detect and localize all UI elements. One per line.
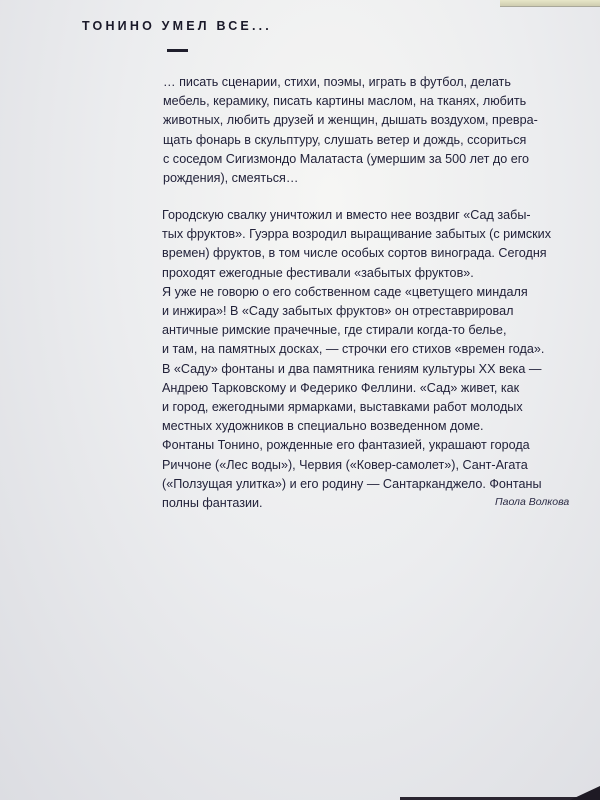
text-line: щать фонарь в скульптуру, слушать ветер … xyxy=(163,131,583,150)
text-line: Риччоне («Лес воды»), Червия («Ковер-сам… xyxy=(162,456,582,475)
article-heading: ТОНИНО УМЕЛ ВСЕ... xyxy=(82,19,272,33)
text-line: и там, на памятных досках, — строчки его… xyxy=(162,340,582,359)
page-top-edge xyxy=(500,0,600,7)
corner-shadow xyxy=(570,786,600,800)
paragraph-garden: Городскую свалку уничтожил и вместо нее … xyxy=(162,206,582,513)
text-line: Андрею Тарковскому и Федерико Феллини. «… xyxy=(162,379,582,398)
text-line: животных, любить друзей и женщин, дышать… xyxy=(163,111,583,130)
text-line: с соседом Сигизмондо Малатаста (умершим … xyxy=(163,150,583,169)
text-line: мебель, керамику, писать картины маслом,… xyxy=(163,92,583,111)
text-line: и инжира»! В «Саду забытых фруктов» он о… xyxy=(162,302,582,321)
text-line: местных художников в специально возведен… xyxy=(162,417,582,436)
text-line: античные римские прачечные, где стирали … xyxy=(162,321,582,340)
text-line: В «Саду» фонтаны и два памятника гениям … xyxy=(162,360,582,379)
text-line: и город, ежегодными ярмарками, выставкам… xyxy=(162,398,582,417)
text-line: проходят ежегодные фестивали «забытых фр… xyxy=(162,264,582,283)
heading-dash-divider xyxy=(167,49,188,52)
text-line: Фонтаны Тонино, рожденные его фантазией,… xyxy=(162,436,582,455)
paragraph-intro: … писать сценарии, стихи, поэмы, играть … xyxy=(163,73,583,188)
text-line: тых фруктов». Гуэрра возродил выращивани… xyxy=(162,225,582,244)
text-line: рождения), смеяться… xyxy=(163,169,583,188)
text-line: Я уже не говорю о его собственном саде «… xyxy=(162,283,582,302)
book-page: ТОНИНО УМЕЛ ВСЕ... … писать сценарии, ст… xyxy=(0,0,600,800)
author-signature: Паола Волкова xyxy=(495,496,569,508)
text-line: времен) фруктов, в том числе особых сорт… xyxy=(162,244,582,263)
text-line: («Ползущая улитка») и его родину — Санта… xyxy=(162,475,582,494)
text-line: Городскую свалку уничтожил и вместо нее … xyxy=(162,206,582,225)
text-line: … писать сценарии, стихи, поэмы, играть … xyxy=(163,73,583,92)
